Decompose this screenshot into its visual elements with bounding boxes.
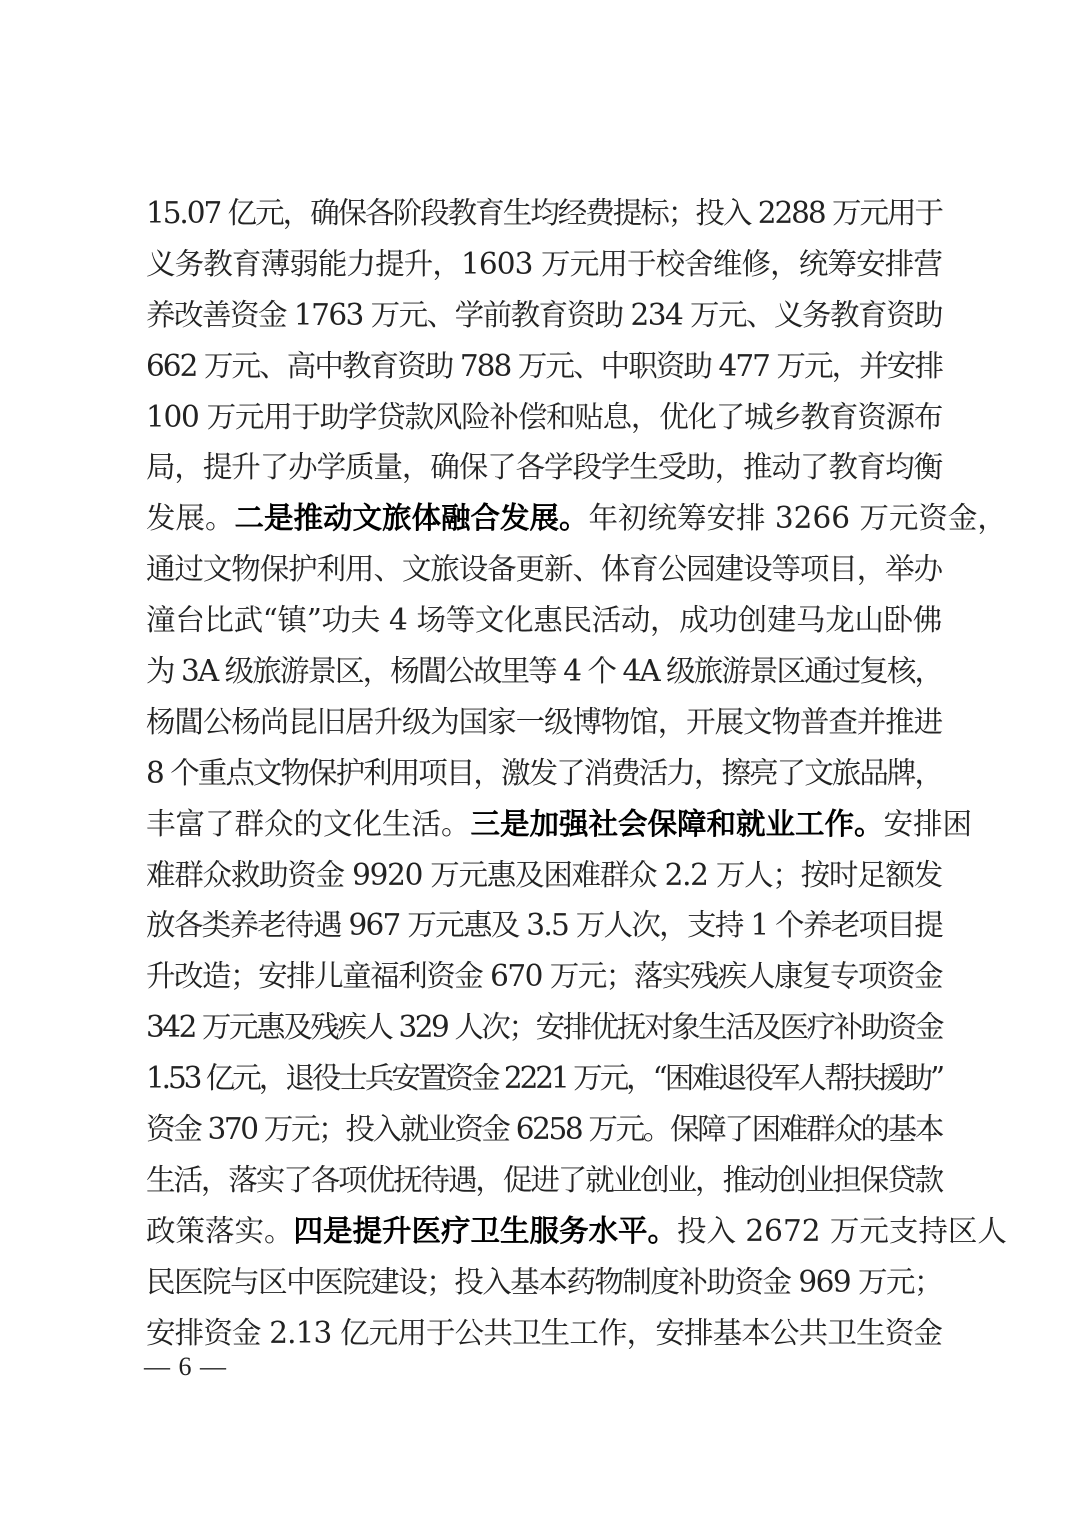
document-page: 15.07 亿元，确保各阶段教育生均经费提标；投入 2288 万元用于 义务教育… <box>0 0 1074 1520</box>
body-text: 15.07 亿元，确保各阶段教育生均经费提标；投入 2288 万元用于 义务教育… <box>146 193 942 1363</box>
text-line: 潼台比武“镇”功夫 4 场等文化惠民活动，成功创建马龙山卧佛 <box>146 600 942 640</box>
text-line: 1.53 亿元，退役士兵安置资金 2221 万元，“困难退役军人帮扶援助” <box>146 1058 942 1098</box>
text-line: 局，提升了办学质量，确保了各学段学生受助，推动了教育均衡 <box>146 447 942 487</box>
text-line: 放各类养老待遇 967 万元惠及 3.5 万人次，支持 1 个养老项目提 <box>146 905 942 945</box>
text-segment: 投入 2672 万元支持区人 <box>677 1211 1007 1251</box>
text-line: 生活，落实了各项优抚待遇，促进了就业创业，推动创业担保贷款 <box>146 1160 942 1200</box>
page-number: — 6 — <box>144 1352 227 1382</box>
text-line: 8 个重点文物保护利用项目，激发了消费活力，擦亮了文旅品牌， <box>146 753 942 793</box>
text-line: 15.07 亿元，确保各阶段教育生均经费提标；投入 2288 万元用于 <box>146 193 942 233</box>
section-heading-2: 二是推动文旅体融合发展。 <box>235 498 589 538</box>
text-segment: 年初统筹安排 3266 万元资金， <box>589 498 1007 538</box>
text-segment: 发展。 <box>146 498 235 538</box>
text-line: 为 3A 级旅游景区，杨閶公故里等 4 个 4A 级旅游景区通过复核， <box>146 651 942 691</box>
text-line: 342 万元惠及残疾人 329 人次；安排优抚对象生活及医疗补助资金 <box>146 1007 942 1047</box>
text-line: 政策落实。 四是提升医疗卫生服务水平。 投入 2672 万元支持区人 <box>146 1211 942 1251</box>
section-heading-3: 三是加强社会保障和就业工作。 <box>471 804 884 844</box>
text-line: 杨閶公杨尚昆旧居升级为国家一级博物馆，开展文物普查并推进 <box>146 702 942 742</box>
text-line: 安排资金 2.13 亿元用于公共卫生工作，安排基本公共卫生资金 <box>146 1313 942 1353</box>
text-line: 升改造；安排儿童福利资金 670 万元；落实残疾人康复专项资金 <box>146 956 942 996</box>
section-heading-4: 四是提升医疗卫生服务水平。 <box>294 1211 678 1251</box>
text-line: 丰富了群众的文化生活。 三是加强社会保障和就业工作。 安排困 <box>146 804 942 844</box>
text-line: 资金 370 万元；投入就业资金 6258 万元。保障了困难群众的基本 <box>146 1109 942 1149</box>
text-line: 通过文物保护利用、文旅设备更新、体育公园建设等项目，举办 <box>146 549 942 589</box>
text-line: 662 万元、高中教育资助 788 万元、中职资助 477 万元，并安排 <box>146 346 942 386</box>
text-segment: 丰富了群众的文化生活。 <box>146 804 471 844</box>
text-line: 发展。 二是推动文旅体融合发展。 年初统筹安排 3266 万元资金， <box>146 498 942 538</box>
text-line: 民医院与区中医院建设；投入基本药物制度补助资金 969 万元； <box>146 1262 942 1302</box>
text-line: 100 万元用于助学贷款风险补偿和贴息，优化了城乡教育资源布 <box>146 397 942 437</box>
text-segment: 政策落实。 <box>146 1211 294 1251</box>
text-line: 养改善资金 1763 万元、学前教育资助 234 万元、义务教育资助 <box>146 295 942 335</box>
text-segment: 安排困 <box>884 804 973 844</box>
text-line: 难群众救助资金 9920 万元惠及困难群众 2.2 万人；按时足额发 <box>146 855 942 895</box>
text-line: 义务教育薄弱能力提升，1603 万元用于校舍维修，统筹安排营 <box>146 244 942 284</box>
